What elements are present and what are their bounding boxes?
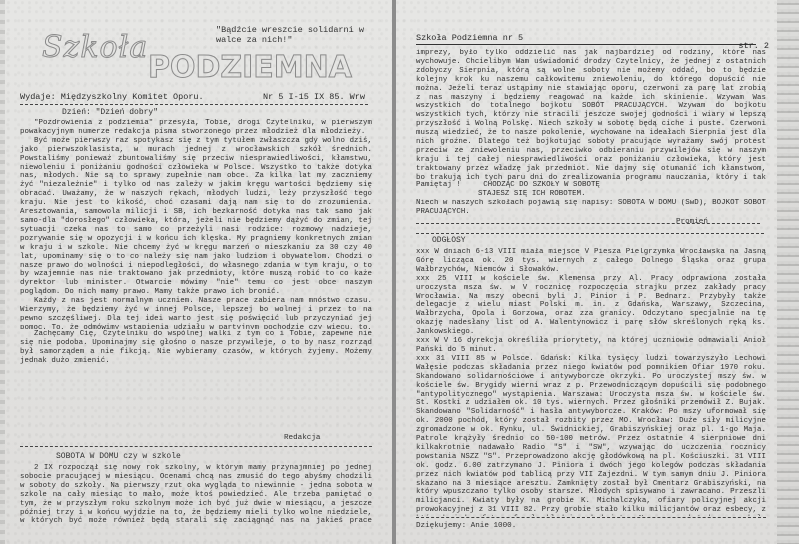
slogan-line2: STAJESZ SIĘ ICH ROBOTEM. <box>416 190 766 199</box>
intro-paragraph: Być może pierwszy raz spotykasz się z ty… <box>20 137 372 297</box>
issuer-row: Wydaje: Międzyszkolny Komitet Oporu. Nr … <box>20 92 365 102</box>
masthead: Szkoła PODZIEMNA "Bądźcie wreszcie solid… <box>30 20 380 90</box>
thanks-line: Dziękujemy: Anie 1000. <box>416 522 516 530</box>
slogan-block: Pamiętaj ! CHODZĄC DO SZKOŁY W SOBOTĘ ST… <box>416 181 766 199</box>
issue-info: Nr 5 I-15 IX 85. Wrw <box>263 92 365 102</box>
intro-paragraph: Zachęcamy Cię, Czytelniku do wspólnej wa… <box>20 330 372 366</box>
closing-paragraph-block: Niech w naszych szkołach pojawią się nap… <box>416 199 766 217</box>
intro-article: "Pozdrowienia z podziemia" przesyła, Tob… <box>20 119 372 329</box>
page-right: Szkoła Podziemna nr 5 str. 2 imprezy, by… <box>396 0 799 544</box>
logo-podziemna: PODZIEMNA <box>148 50 352 85</box>
article2-title: SOBOTA W DOMU czy w szkole <box>56 452 181 461</box>
footer-rule <box>416 517 766 518</box>
scan-edge-left <box>0 0 5 544</box>
article2-body: 2 IX rozpoczął się nowy rok szkolny, w k… <box>20 464 372 526</box>
page-left: Szkoła PODZIEMNA "Bądźcie wreszcie solid… <box>0 0 392 544</box>
news-item: xxx W V 16 dyrekcja określiła priorytety… <box>416 337 766 355</box>
news-items: xxx W dniach 6-13 VIII miała miejsce V P… <box>416 248 766 516</box>
intro-paragraph: Każdy z nas jest normalnym uczniem. Nasz… <box>20 297 372 329</box>
closing-paragraph: Niech w naszych szkołach pojawią się nap… <box>416 199 766 217</box>
scan-edge-right <box>777 0 799 544</box>
running-header: Szkoła Podziemna nr 5 <box>416 33 523 43</box>
closing-signature: Promień <box>676 218 708 226</box>
slogan-line1: CHODZĄC DO SZKOŁY W SOBOTĘ <box>483 181 600 189</box>
masthead-rule <box>20 104 368 105</box>
continued-paragraph: imprezy, było tylko oddzielić nas jak na… <box>416 49 766 181</box>
news-item: xxx W dniach 6-13 VIII miała miejsce V P… <box>416 248 766 275</box>
header-rule <box>416 44 756 45</box>
scanned-newspaper-spread: Szkoła PODZIEMNA "Bądźcie wreszcie solid… <box>0 0 799 544</box>
intro-paragraph: "Pozdrowienia z podziemia" przesyła, Tob… <box>20 119 372 137</box>
masthead-motto: "Bądźcie wreszcie solidarni w walce za n… <box>216 25 386 45</box>
sobota-continuation: imprezy, było tylko oddzielić nas jak na… <box>416 49 766 181</box>
intro-article-closing: Zachęcamy Cię, Czytelniku do wspólnej wa… <box>20 330 372 392</box>
news-item: xxx 31 VIII 85 w Polsce. Gdańsk: Kilka t… <box>416 355 766 516</box>
intro-subtitle: Dzień: "Dzień dobry" <box>62 108 158 117</box>
news-item: xxx 25 VIII w kościele św. Klemensa przy… <box>416 275 766 337</box>
section-divider-2 <box>416 233 764 234</box>
article-divider <box>20 446 372 447</box>
logo-szkola: Szkoła <box>42 30 148 65</box>
intro-signature: Redakcja <box>284 434 320 442</box>
news-section-title: ODGŁOSY <box>432 236 466 245</box>
article2-paragraph: 2 IX rozpoczął się nowy rok szkolny, w k… <box>20 464 372 526</box>
issuer: Wydaje: Międzyszkolny Komitet Oporu. <box>20 92 204 102</box>
slogan-lead: Pamiętaj ! <box>416 181 461 189</box>
section-divider-1 <box>416 223 760 224</box>
